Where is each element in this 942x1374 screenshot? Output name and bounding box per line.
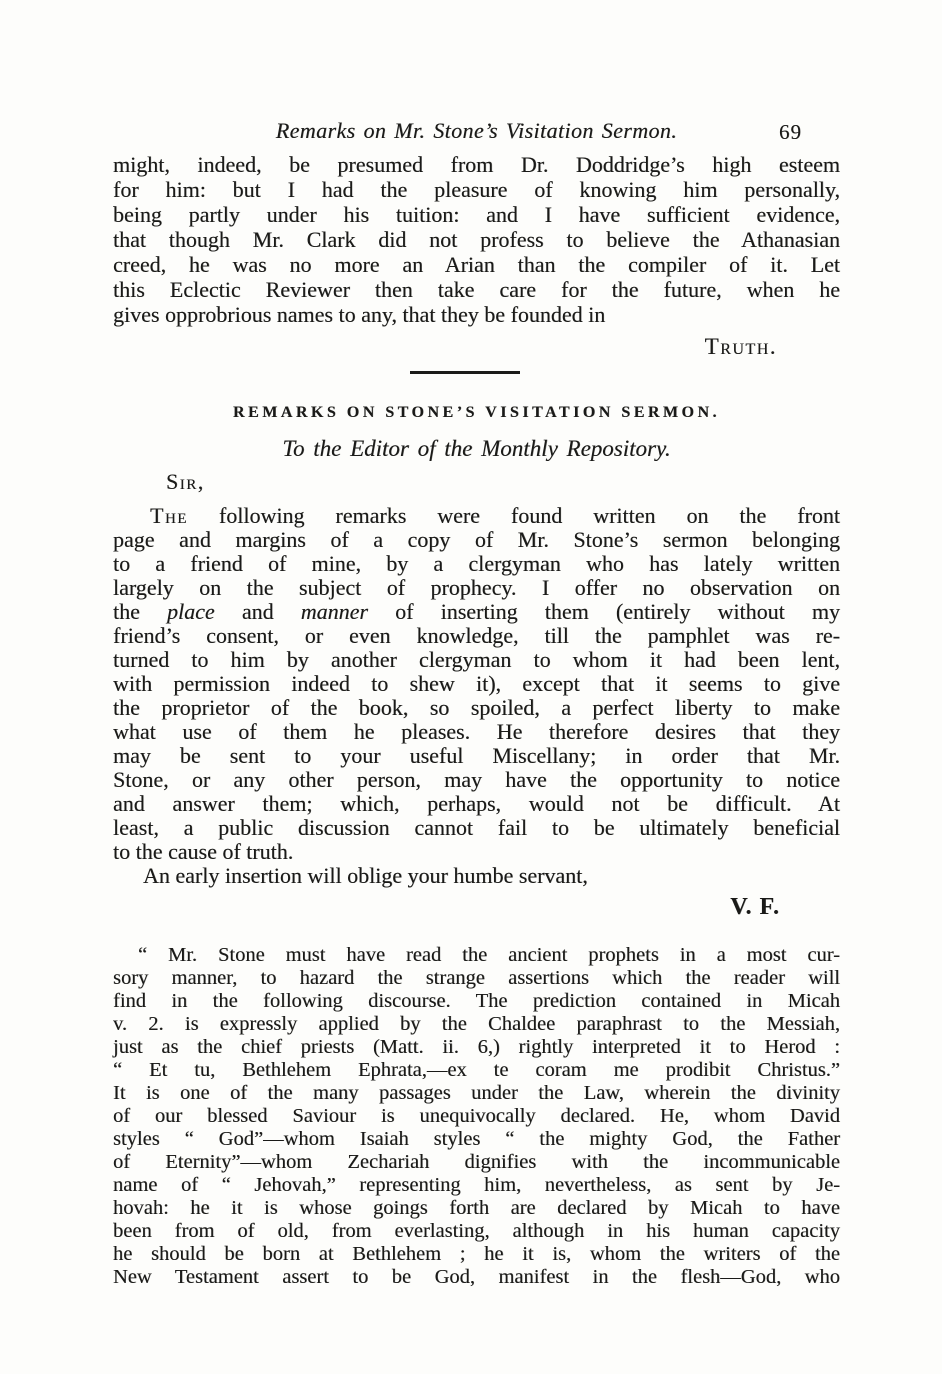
text-line: largely on the subject of prophecy. I of…: [113, 576, 840, 600]
author-initials: V. F.: [113, 894, 840, 920]
text-line: with permission indeed to shew it), exce…: [113, 672, 840, 696]
text-line: being partly under his tuition: and I ha…: [113, 202, 840, 227]
divider-rule: [410, 371, 520, 374]
text-line: the proprietor of the book, so spoiled, …: [113, 696, 840, 720]
page-blocks: might, indeed, be presumed from Dr. Dodd…: [113, 146, 840, 1289]
page-number: 69: [779, 119, 802, 145]
text-line: least, a public discussion cannot fail t…: [113, 816, 840, 840]
text-line: to the cause of truth.: [113, 840, 840, 864]
text-line: this Eclectic Reviewer then take care fo…: [113, 277, 840, 302]
text-line: the place and manner of inserting them (…: [113, 600, 840, 624]
text-line: been from of old, from everlasting, alth…: [113, 1220, 840, 1243]
text-line: page and margins of a copy of Mr. Stone’…: [113, 528, 840, 552]
text-line: might, indeed, be presumed from Dr. Dodd…: [113, 152, 840, 177]
text-line: of our blessed Saviour is unequivocally …: [113, 1105, 840, 1128]
text-line: New Testament assert to be God, manifest…: [113, 1266, 840, 1289]
text-line: “ Et tu, Bethlehem Ephrata,—ex te coram …: [113, 1059, 840, 1082]
text-line: what use of them he pleases. He therefor…: [113, 720, 840, 744]
article-subheading: To the Editor of the Monthly Repository.: [113, 436, 840, 462]
text-line: Stone, or any other person, may have the…: [113, 768, 840, 792]
text-line: he should be born at Bethlehem ; he it i…: [113, 1243, 840, 1266]
text-line: gives opprobrious names to any, that the…: [113, 302, 840, 327]
text-line: may be sent to your useful Miscellany; i…: [113, 744, 840, 768]
text-line: “ Mr. Stone must have read the ancient p…: [113, 944, 840, 967]
text-line: find in the following discourse. The pre…: [113, 990, 840, 1013]
running-head-title: Remarks on Mr. Stone’s Visitation Sermon…: [276, 118, 677, 143]
text-line: that though Mr. Clark did not profess to…: [113, 227, 840, 252]
truth-signature: Truth.: [113, 335, 840, 359]
text-line: styles “ God”—whom Isaiah styles “ the m…: [113, 1128, 840, 1151]
section-divider: [113, 371, 840, 374]
letter-body: The following remarks were found written…: [113, 504, 840, 888]
continuation-paragraph: might, indeed, be presumed from Dr. Dodd…: [113, 152, 840, 327]
running-head: Remarks on Mr. Stone’s Visitation Sermon…: [113, 118, 840, 144]
text-line: It is one of the many passages under the…: [113, 1082, 840, 1105]
annotation-paragraph: “ Mr. Stone must have read the ancient p…: [113, 944, 840, 1289]
text-line: hovah: he it is whose goings forth are d…: [113, 1197, 840, 1220]
text-line: The following remarks were found written…: [113, 504, 840, 528]
text-line: creed, he was no more an Arian than the …: [113, 252, 840, 277]
scanned-book-page: Remarks on Mr. Stone’s Visitation Sermon…: [0, 0, 942, 1374]
article-heading: REMARKS ON STONE’S VISITATION SERMON.: [113, 402, 840, 424]
text-line: v. 2. is expressly applied by the Chalde…: [113, 1013, 840, 1036]
text-line: An early insertion will oblige your humb…: [113, 864, 840, 888]
text-line: of Eternity”—whom Zechariah dignifies wi…: [113, 1151, 840, 1174]
text-line: name of “ Jehovah,” representing him, ne…: [113, 1174, 840, 1197]
text-line: turned to him by another clergyman to wh…: [113, 648, 840, 672]
text-line: sory manner, to hazard the strange asser…: [113, 967, 840, 990]
text-line: and answer them; which, perhaps, would n…: [113, 792, 840, 816]
text-line: just as the chief priests (Matt. ii. 6,)…: [113, 1036, 840, 1059]
salutation: Sir,: [113, 470, 840, 494]
text-line: for him: but I had the pleasure of knowi…: [113, 177, 840, 202]
text-line: to a friend of mine, by a clergyman who …: [113, 552, 840, 576]
text-line: friend’s consent, or even knowledge, til…: [113, 624, 840, 648]
